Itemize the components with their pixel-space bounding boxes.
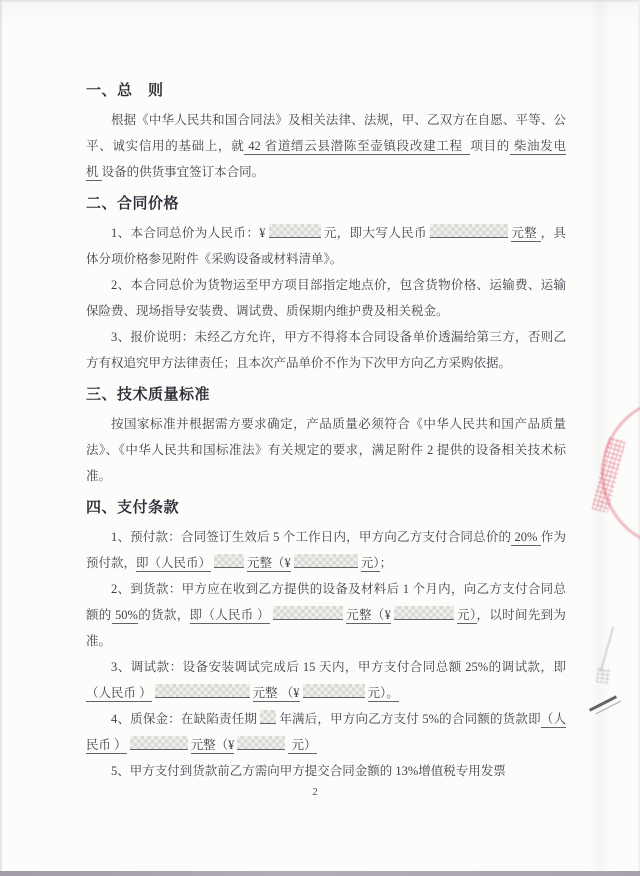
- document-body: 一、总 则根据《中华人民共和国合同法》及相关法律、法规，甲、乙双方在自愿、平等、…: [86, 72, 566, 784]
- text-run: 3、报价说明：未经乙方允许，甲方不得将本合同设备单价透漏给第三方，否则乙方有权追…: [86, 330, 566, 370]
- section-heading: 二、合同价格: [86, 192, 566, 216]
- filled-blank: 元整: [511, 226, 541, 242]
- redacted-amount: [237, 736, 285, 750]
- filled-blank: 即（人民币）: [136, 556, 211, 572]
- paragraph: 2、本合同总价为货物运至甲方项目部指定地点价，包含货物价格、运输费、运输保险费、…: [86, 272, 566, 324]
- filled-blank: 50%: [112, 608, 138, 624]
- paragraph: 按国家标准并根据需方要求确定，产品质量必须符合《中华人民共和国产品质量法》、《中…: [86, 411, 566, 489]
- paragraph: 1、本合同总价为人民币：¥元，即大写人民币元整 ，具体分项价格参见附件《采购设备…: [86, 220, 566, 272]
- text-run: 4、质保金：在缺陷责任期: [111, 712, 257, 726]
- scan-shadow-strip: [590, 0, 610, 876]
- text-run: 设备的供货事宜签订本合同。: [102, 165, 265, 179]
- redacted-amount: [260, 710, 276, 724]
- paragraph: 5、甲方支付到货款前乙方需向甲方提交合同金额的 13%增值税专用发票: [86, 758, 566, 784]
- paragraph: 2、到货款：甲方应在收到乙方提供的设备及材料后 1 个月内，向乙方支付合同总额的…: [86, 576, 566, 654]
- filled-blank: 即（人民币 ）: [190, 608, 270, 624]
- page-number: 2: [0, 786, 630, 798]
- redacted-amount: [130, 736, 188, 750]
- scan-edge-bottom: [0, 871, 640, 876]
- text-run: 的货款，: [138, 608, 190, 622]
- section-heading: 四、支付条款: [86, 496, 566, 520]
- text-run: 1、预付款：合同签订生效后 5 个工作日内，甲方向乙方支付合同总价的: [111, 530, 511, 544]
- text-run: 3、调试款：设备安装调试完成后 15 天内，甲方支付合同总额 25%的调试款，即: [111, 660, 566, 674]
- filled-blank: 元）: [288, 738, 316, 754]
- filled-blank: 元）: [457, 608, 477, 624]
- filled-blank: 元整（¥: [346, 608, 391, 624]
- redacted-amount: [214, 554, 244, 568]
- paragraph: 3、调试款：设备安装调试完成后 15 天内，甲方支付合同总额 25%的调试款，即…: [86, 654, 566, 706]
- paragraph: 3、报价说明：未经乙方允许，甲方不得将本合同设备单价透漏给第三方，否则乙方有权追…: [86, 324, 566, 376]
- scan-edge-left: [0, 0, 2, 876]
- text-run: 年满后，甲方向乙方支付 5%的合同额的货款即: [279, 712, 541, 726]
- section-heading: 三、技术质量标准: [86, 383, 566, 407]
- text-run: 5、甲方支付到货款前乙方需向甲方提交合同金额的 13%增值税专用发票: [111, 764, 506, 778]
- paragraph: 1、预付款：合同签订生效后 5 个工作日内，甲方向乙方支付合同总价的 20% 作…: [86, 524, 566, 576]
- text-run: 元，即大写人民币: [324, 226, 427, 240]
- scan-edge-top: [0, 0, 640, 2]
- section-heading: 一、总 则: [86, 79, 566, 103]
- filled-blank: 元整 （¥: [253, 686, 300, 702]
- redacted-amount: [294, 554, 358, 568]
- filled-blank: 元）: [361, 556, 380, 572]
- text-run: 1、本合同总价为人民币：¥: [111, 226, 266, 240]
- text-run: 按国家标准并根据需方要求确定，产品质量必须符合《中华人民共和国产品质量法》、《中…: [86, 417, 566, 483]
- redacted-amount: [303, 684, 365, 698]
- text-run: ；: [380, 556, 393, 570]
- filled-blank: 元整（¥: [247, 556, 291, 572]
- filled-blank: （人民币 ）: [86, 686, 152, 702]
- redacted-amount: [430, 224, 508, 238]
- filled-blank: 元）。: [368, 686, 399, 702]
- text-run: 项目的: [470, 139, 510, 153]
- paragraph: 4、质保金：在缺陷责任期年满后，甲方向乙方支付 5%的合同额的货款即（人民币 ）…: [86, 706, 566, 758]
- text-run: 2、本合同总价为货物运至甲方项目部指定地点价，包含货物价格、运输费、运输保险费、…: [86, 278, 566, 318]
- redacted-amount: [155, 684, 250, 698]
- redacted-amount: [269, 224, 321, 238]
- contract-page: 一、总 则根据《中华人民共和国合同法》及相关法律、法规，甲、乙双方在自愿、平等、…: [0, 0, 640, 876]
- filled-blank: 元整（¥: [191, 738, 235, 754]
- redacted-amount: [273, 606, 343, 620]
- redacted-amount: [394, 606, 454, 620]
- filled-blank: 42 省道缙云县潜陈至壶镇段改建工程: [244, 139, 470, 155]
- filled-blank: 20%: [511, 530, 541, 546]
- ink-bleedthrough-glyph: [596, 667, 611, 684]
- paragraph: 根据《中华人民共和国合同法》及相关法律、法规，甲、乙双方在自愿、平等、公平、诚实…: [86, 107, 566, 185]
